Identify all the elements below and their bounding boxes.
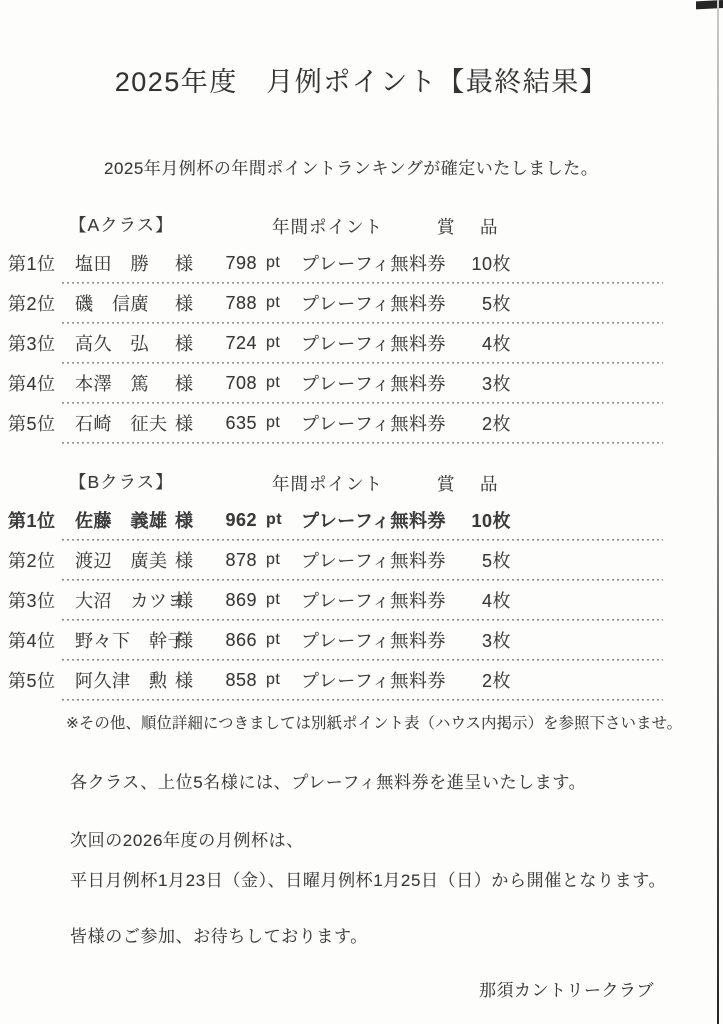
member-name-cell: 野々下 幹子 [70,627,175,653]
honorific-cell: 様 [175,290,215,316]
dotted-row-divider [62,539,663,541]
member-name-cell: 阿久津 勲 [70,667,175,693]
points-unit-cell: pt [257,334,293,352]
class-b-section: 【Bクラス】 年間ポイント 賞 品 第1位佐藤 義雄様962ptプレーフィ無料券… [0,469,723,701]
prize-cell: プレーフィ無料券 [293,290,453,316]
rank-cell: 第1位 [0,250,70,276]
points-unit-cell: pt [257,671,293,689]
honorific-cell: 様 [175,507,215,533]
prize-cell: プレーフィ無料券 [293,507,453,533]
class-b-header: 【Bクラス】 年間ポイント 賞 品 [0,469,723,495]
prize-cell: プレーフィ無料券 [293,370,453,396]
points-unit-cell: pt [257,374,293,392]
dotted-row-divider [62,402,663,404]
honorific-cell: 様 [175,627,215,653]
dotted-row-divider [62,579,663,581]
dotted-row-divider [62,659,663,661]
prize-cell: プレーフィ無料券 [293,410,453,436]
ranking-row: 第1位佐藤 義雄様962ptプレーフィ無料券10枚 [0,507,723,533]
class-a-label: 【Aクラス】 [69,212,174,237]
ranking-row: 第2位磯 信廣様788ptプレーフィ無料券5枚 [0,290,723,316]
class-a-rows: 第1位塩田 勝様798ptプレーフィ無料券10枚第2位磯 信廣様788ptプレー… [0,250,723,444]
ranking-row: 第2位渡辺 廣美様878ptプレーフィ無料券5枚 [0,547,723,573]
rank-cell: 第2位 [0,547,70,573]
points-unit-cell: pt [257,591,293,609]
honorific-cell: 様 [175,330,215,356]
member-name-cell: 塩田 勝 [70,250,175,276]
points-cell: 878 [215,550,257,571]
member-name-cell: 高久 弘 [70,330,175,356]
honorific-cell: 様 [175,587,215,613]
prize-cell: プレーフィ無料券 [293,587,453,613]
points-cell: 962 [215,510,257,531]
rank-cell: 第2位 [0,290,70,316]
points-unit-cell: pt [257,631,293,649]
scanned-document-page: 2025年度 月例ポイント【最終結果】 2025年月例杯の年間ポイントランキング… [0,0,723,1024]
body-paragraph: 平日月例杯1月23日（金）、日曜月例杯1月25日（日）から開催となります。 [70,866,666,891]
points-column-header: 年間ポイント [272,214,383,239]
prize-column-header: 賞 品 [437,471,502,496]
dotted-row-divider [62,322,663,324]
honorific-cell: 様 [175,547,215,573]
dotted-row-divider [62,699,663,701]
points-cell: 869 [215,590,257,611]
points-unit-cell: pt [257,551,293,569]
class-a-section: 【Aクラス】 年間ポイント 賞 品 第1位塩田 勝様798ptプレーフィ無料券1… [0,212,723,444]
prize-cell: プレーフィ無料券 [293,330,453,356]
dotted-row-divider [62,282,663,284]
honorific-cell: 様 [175,250,215,276]
prize-cell: プレーフィ無料券 [293,547,453,573]
prize-count-cell: 5枚 [453,547,511,573]
prize-cell: プレーフィ無料券 [293,627,453,653]
prize-count-cell: 10枚 [453,507,511,533]
points-cell: 866 [215,630,257,651]
ranking-row: 第5位石崎 征夫様635ptプレーフィ無料券2枚 [0,410,723,436]
member-name-cell: 渡辺 廣美 [70,547,175,573]
member-name-cell: 本澤 篤 [70,370,175,396]
dotted-row-divider [62,442,663,444]
intro-text: 2025年月例杯の年間ポイントランキングが確定いたしました。 [104,154,723,179]
member-name-cell: 大沼 カツヨ [70,587,175,613]
member-name-cell: 佐藤 義雄 [70,507,175,533]
points-column-header: 年間ポイント [272,471,383,496]
points-cell: 788 [215,293,257,314]
points-cell: 708 [215,373,257,394]
points-unit-cell: pt [257,414,293,432]
prize-count-cell: 4枚 [453,587,511,613]
body-paragraph: 次回の2026年度の月例杯は、 [70,826,304,851]
prize-count-cell: 3枚 [453,627,511,653]
dotted-row-divider [62,362,663,364]
points-cell: 858 [215,670,257,691]
ranking-row: 第1位塩田 勝様798ptプレーフィ無料券10枚 [0,250,723,276]
rank-cell: 第5位 [0,410,70,436]
ranking-row: 第3位大沼 カツヨ様869ptプレーフィ無料券4枚 [0,587,723,613]
document-title: 2025年度 月例ポイント【最終結果】 [0,0,723,99]
rank-cell: 第4位 [0,370,70,396]
member-name-cell: 磯 信廣 [70,290,175,316]
points-unit-cell: pt [257,511,293,529]
dotted-row-divider [62,619,663,621]
signature-club-name: 那須カントリークラブ [479,976,654,1001]
rank-cell: 第1位 [0,507,70,533]
points-cell: 724 [215,333,257,354]
prize-count-cell: 3枚 [453,370,511,396]
ranking-row: 第4位本澤 篤様708ptプレーフィ無料券3枚 [0,370,723,396]
rank-cell: 第4位 [0,627,70,653]
rank-cell: 第3位 [0,587,70,613]
rank-cell: 第5位 [0,667,70,693]
prize-count-cell: 4枚 [453,330,511,356]
ranking-row: 第3位高久 弘様724ptプレーフィ無料券4枚 [0,330,723,356]
rank-cell: 第3位 [0,330,70,356]
footnote-text: ※その他、順位詳細につきましては別紙ポイント表（ハウス内掲示）を参照下さいませ。 [66,711,723,733]
points-cell: 798 [215,253,257,274]
class-b-rows: 第1位佐藤 義雄様962ptプレーフィ無料券10枚第2位渡辺 廣美様878ptプ… [0,507,723,701]
prize-cell: プレーフィ無料券 [293,667,453,693]
prize-count-cell: 2枚 [453,667,511,693]
honorific-cell: 様 [175,370,215,396]
prize-cell: プレーフィ無料券 [293,250,453,276]
prize-count-cell: 10枚 [453,250,511,276]
prize-column-header: 賞 品 [437,214,502,239]
class-b-label: 【Bクラス】 [69,469,174,494]
body-paragraph: 各クラス、上位5名様には、プレーフィ無料券を進呈いたします。 [70,768,586,793]
prize-count-cell: 2枚 [453,410,511,436]
points-unit-cell: pt [257,254,293,272]
honorific-cell: 様 [175,667,215,693]
class-a-header: 【Aクラス】 年間ポイント 賞 品 [0,212,723,238]
ranking-row: 第5位阿久津 勲様858ptプレーフィ無料券2枚 [0,667,723,693]
honorific-cell: 様 [175,410,215,436]
points-unit-cell: pt [257,294,293,312]
body-paragraph: 皆様のご参加、お待ちしております。 [70,922,368,947]
member-name-cell: 石崎 征夫 [70,410,175,436]
ranking-row: 第4位野々下 幹子様866ptプレーフィ無料券3枚 [0,627,723,653]
prize-count-cell: 5枚 [453,290,511,316]
points-cell: 635 [215,413,257,434]
